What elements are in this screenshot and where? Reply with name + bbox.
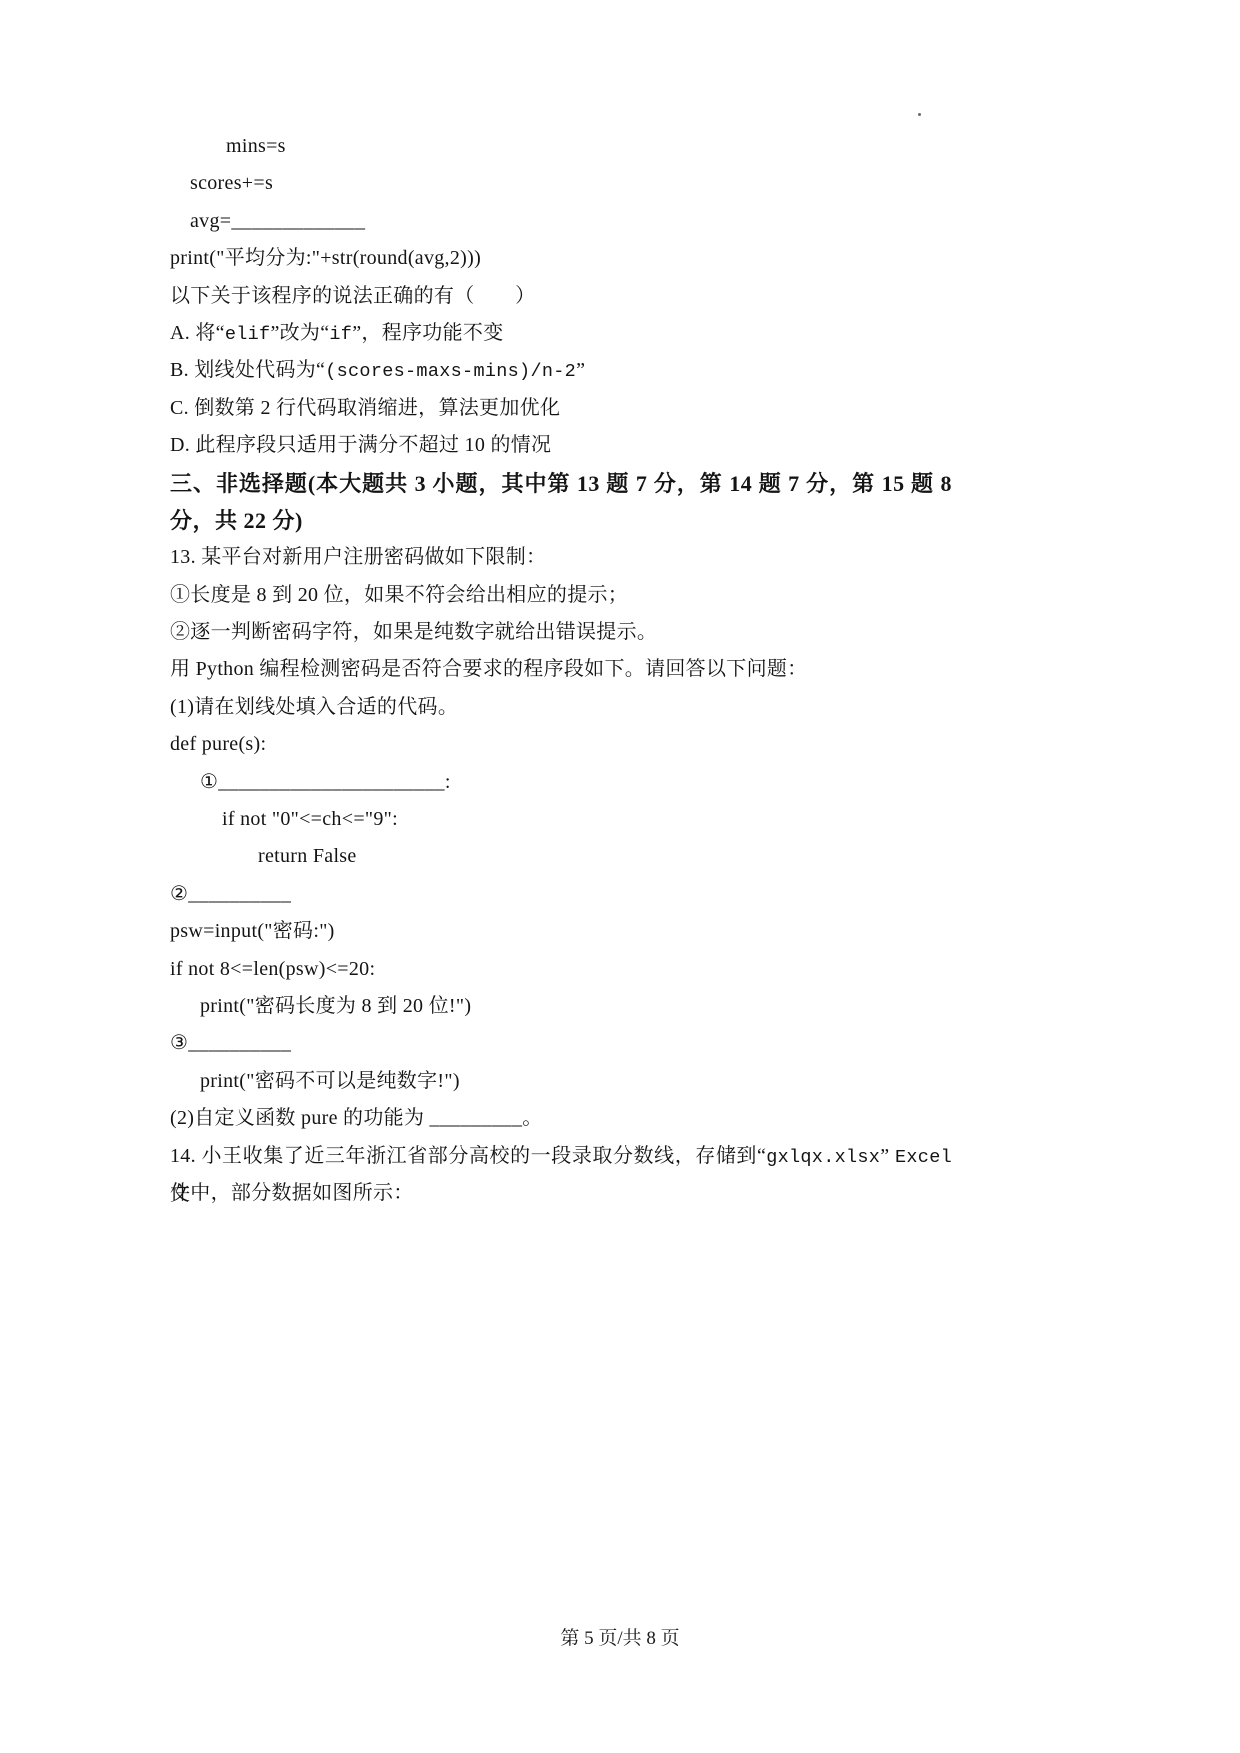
code-blank-3: ③__________ bbox=[170, 1025, 952, 1062]
code-blank-1: ①______________________: bbox=[170, 764, 952, 801]
code-if-ch: if not "0"<=ch<="9": bbox=[170, 801, 952, 838]
option-d: D. 此程序段只适用于满分不超过 10 的情况 bbox=[170, 427, 952, 464]
code-text: elif bbox=[225, 324, 271, 345]
text-segment: ” bbox=[880, 1145, 895, 1167]
text-segment: ” bbox=[576, 359, 585, 381]
page-footer: 第 5 页/共 8 页 bbox=[0, 1624, 1240, 1654]
text-segment: if not 8<=len(psw)<=20: bbox=[170, 958, 375, 980]
code-if-len: if not 8<=len(psw)<=20: bbox=[170, 951, 952, 988]
text-segment: ③__________ bbox=[170, 1032, 291, 1054]
code-return-false: return False bbox=[170, 838, 952, 875]
text-segment: psw=input("密码:") bbox=[170, 920, 335, 942]
code-text: (scores-maxs-mins)/n-2 bbox=[325, 361, 576, 382]
code-text: Excel bbox=[895, 1147, 952, 1168]
text-segment: return False bbox=[258, 845, 357, 867]
text-segment: D. 此程序段只适用于满分不超过 10 的情况 bbox=[170, 434, 551, 456]
text-segment: ①______________________: bbox=[200, 771, 451, 793]
code-psw-input: psw=input("密码:") bbox=[170, 913, 952, 950]
text-segment: ①长度是 8 到 20 位，如果不符会给出相应的提示； bbox=[170, 584, 628, 606]
stray-dot bbox=[918, 113, 921, 116]
text-segment: ②逐一判断密码字符，如果是纯数字就给出错误提示。 bbox=[170, 621, 657, 643]
text-segment: if not "0"<=ch<="9": bbox=[222, 808, 398, 830]
text-segment: 分，共 22 分) bbox=[170, 508, 303, 533]
text-segment: 用 Python 编程检测密码是否符合要求的程序段如下。请回答以下问题： bbox=[170, 658, 807, 680]
text-segment: (1)请在划线处填入合适的代码。 bbox=[170, 696, 458, 718]
section-heading-line1: 三、非选择题(本大题共 3 小题，其中第 13 题 7 分，第 14 题 7 分… bbox=[170, 465, 952, 502]
text-segment: 件中，部分数据如图所示： bbox=[170, 1182, 414, 1204]
code-blank-2: ②__________ bbox=[170, 876, 952, 913]
question-14-line2: 件中，部分数据如图所示： bbox=[170, 1175, 952, 1212]
subquestion-2: (2)自定义函数 pure 的功能为 _________。 bbox=[170, 1100, 952, 1137]
text-segment: 以下关于该程序的说法正确的有（ ） bbox=[170, 285, 535, 307]
code-line-avg-blank: avg=_____________ bbox=[170, 203, 952, 240]
text-segment: avg=_____________ bbox=[190, 210, 365, 232]
subquestion-1: (1)请在划线处填入合适的代码。 bbox=[170, 689, 952, 726]
intro-python: 用 Python 编程检测密码是否符合要求的程序段如下。请回答以下问题： bbox=[170, 651, 952, 688]
code-print-length: print("密码长度为 8 到 20 位!") bbox=[170, 988, 952, 1025]
rule-1: ①长度是 8 到 20 位，如果不符会给出相应的提示； bbox=[170, 577, 952, 614]
question-13-stem: 13. 某平台对新用户注册密码做如下限制： bbox=[170, 539, 952, 576]
document-body: mins=sscores+=savg=_____________print("平… bbox=[170, 128, 952, 1212]
code-def-pure: def pure(s): bbox=[170, 726, 952, 763]
question-stem: 以下关于该程序的说法正确的有（ ） bbox=[170, 278, 952, 315]
text-segment: def pure(s): bbox=[170, 733, 266, 755]
text-segment: A. 将“ bbox=[170, 322, 225, 344]
text-segment: (2)自定义函数 pure 的功能为 _________。 bbox=[170, 1107, 543, 1129]
option-c: C. 倒数第 2 行代码取消缩进，算法更加优化 bbox=[170, 390, 952, 427]
text-segment: 13. 某平台对新用户注册密码做如下限制： bbox=[170, 546, 546, 568]
text-segment: ②__________ bbox=[170, 883, 291, 905]
text-segment: mins=s bbox=[226, 135, 286, 157]
text-segment: B. 划线处代码为“ bbox=[170, 359, 325, 381]
text-segment: print("密码长度为 8 到 20 位!") bbox=[200, 995, 471, 1017]
option-a: A. 将“elif”改为“if”，程序功能不变 bbox=[170, 315, 952, 352]
rule-2: ②逐一判断密码字符，如果是纯数字就给出错误提示。 bbox=[170, 614, 952, 651]
text-segment: print("密码不可以是纯数字!") bbox=[200, 1070, 460, 1092]
code-text: if bbox=[329, 324, 352, 345]
text-segment: ”改为“ bbox=[270, 322, 329, 344]
text-segment: scores+=s bbox=[190, 172, 273, 194]
code-line-print-avg: print("平均分为:"+str(round(avg,2))) bbox=[170, 240, 952, 277]
text-segment: 三、非选择题(本大题共 3 小题，其中第 13 题 7 分，第 14 题 7 分… bbox=[170, 471, 952, 496]
section-heading-line2: 分，共 22 分) bbox=[170, 502, 952, 539]
code-line-scores: scores+=s bbox=[170, 165, 952, 202]
text-segment: C. 倒数第 2 行代码取消缩进，算法更加优化 bbox=[170, 397, 560, 419]
option-b: B. 划线处代码为“(scores-maxs-mins)/n-2” bbox=[170, 352, 952, 389]
question-14-line1: 14. 小王收集了近三年浙江省部分高校的一段录取分数线，存储到“gxlqx.xl… bbox=[170, 1138, 952, 1175]
code-text: gxlqx.xlsx bbox=[766, 1147, 880, 1168]
text-segment: print("平均分为:"+str(round(avg,2))) bbox=[170, 247, 481, 269]
text-segment: 14. 小王收集了近三年浙江省部分高校的一段录取分数线，存储到“ bbox=[170, 1145, 766, 1167]
text-segment: ”，程序功能不变 bbox=[352, 322, 503, 344]
code-line-mins: mins=s bbox=[170, 128, 952, 165]
code-print-digits: print("密码不可以是纯数字!") bbox=[170, 1063, 952, 1100]
